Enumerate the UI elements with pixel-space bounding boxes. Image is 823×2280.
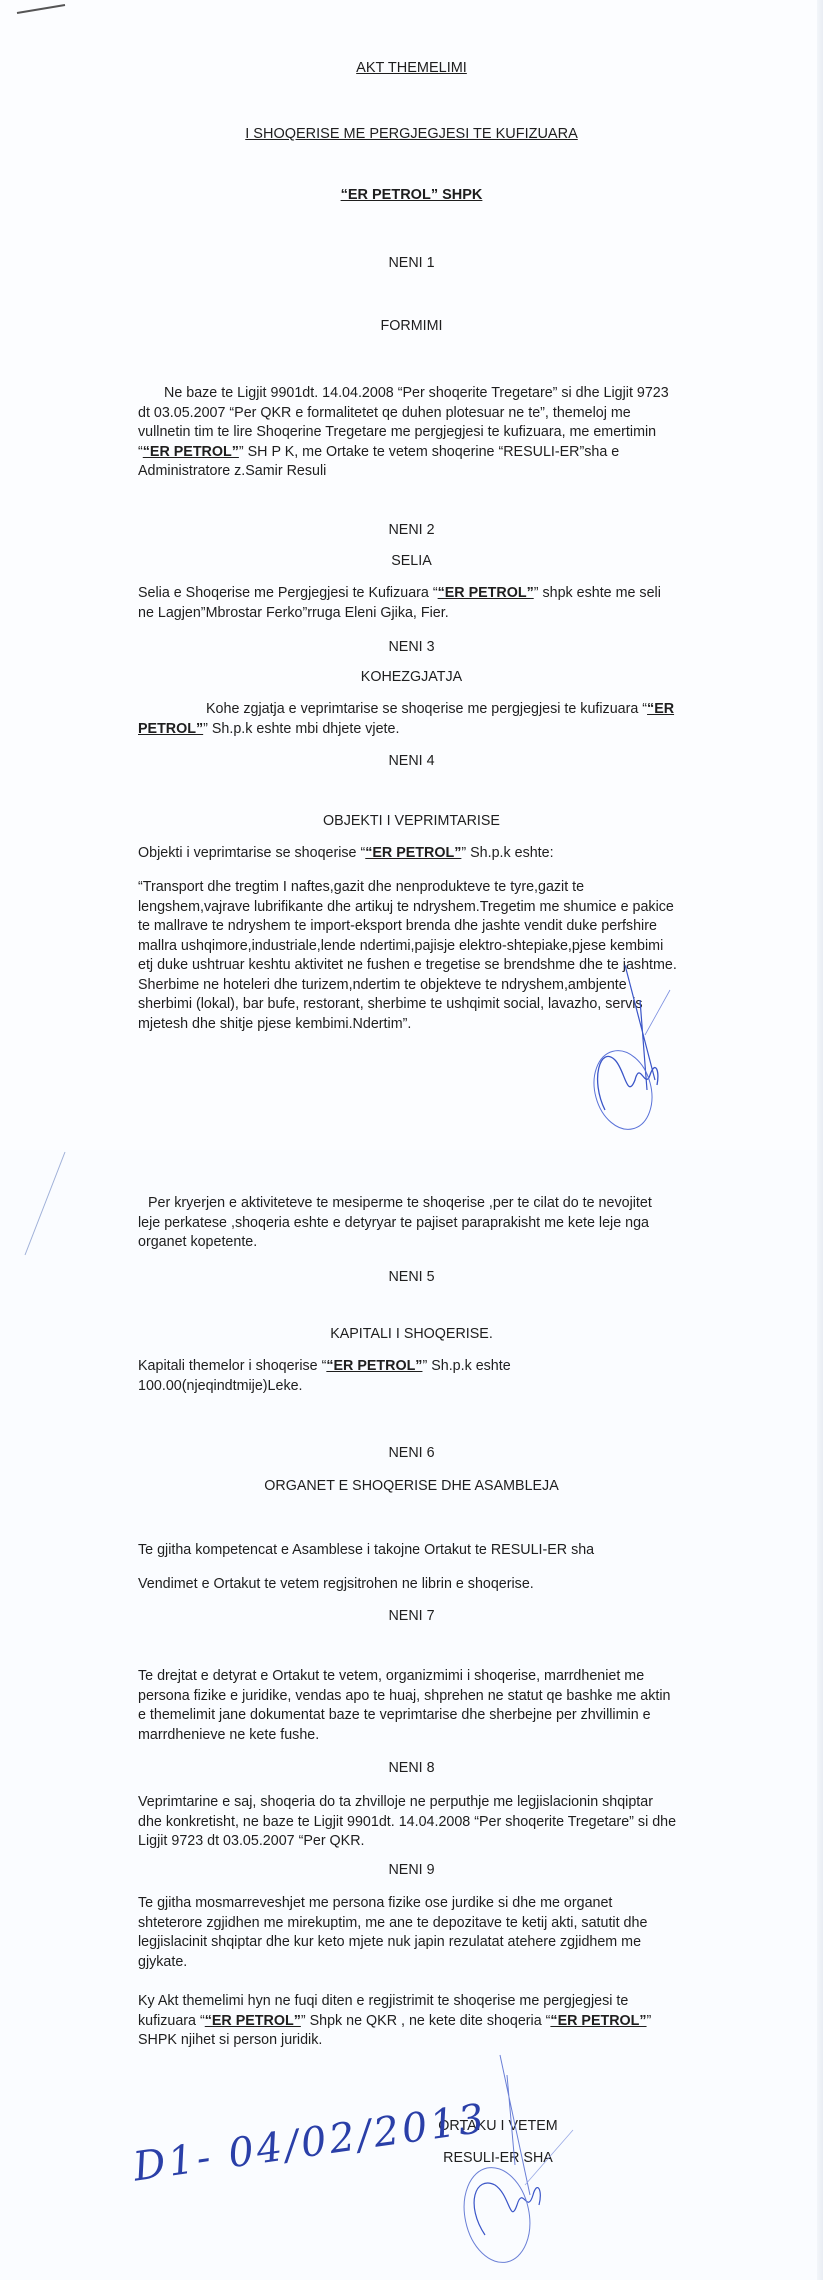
article-paragraph: Kohe zgjatja e veprimtarise se shoqerise… — [138, 700, 678, 739]
company-name: “ER PETROL” — [205, 2013, 301, 2029]
signature-icon — [585, 960, 675, 1135]
article-paragraph: Te gjitha kompetencat e Asamblese i tako… — [138, 1541, 678, 1561]
article-heading: FORMIMI — [0, 318, 823, 334]
company-name: “ER PETROL” — [365, 845, 461, 861]
article-paragraph: Per kryerjen e aktiviteteve te mesiperme… — [138, 1194, 678, 1253]
article-heading: KOHEZGJATJA — [0, 669, 823, 685]
article-paragraph: Te drejtat e detyrat e Ortakut te vetem,… — [138, 1667, 678, 1745]
document-title: AKT THEMELIMI — [0, 60, 823, 76]
company-name: “ER PETROL” — [143, 444, 239, 460]
company-name: “ER PETROL” — [326, 1358, 422, 1374]
article-paragraph: Te gjitha mosmarreveshjet me persona fiz… — [138, 1894, 678, 1972]
page-edge — [817, 1150, 823, 2280]
document-page-1: AKT THEMELIMI I SHOQERISE ME PERGJEGJESI… — [0, 0, 823, 1150]
handwritten-date: D1- 04/02/2013 — [131, 2095, 490, 2190]
signature-icon — [455, 2045, 575, 2275]
pen-mark-icon — [20, 1150, 70, 1260]
company-name: “ER PETROL” — [438, 585, 534, 601]
article-heading: KAPITALI I SHOQERISE. — [0, 1326, 823, 1342]
article-number: NENI 4 — [0, 753, 823, 769]
article-number: NENI 5 — [0, 1269, 823, 1285]
article-paragraph: Vendimet e Ortakut te vetem regjsitrohen… — [138, 1575, 678, 1595]
article-paragraph: Selia e Shoqerise me Pergjegjesi te Kufi… — [138, 584, 678, 623]
article-number: NENI 3 — [0, 639, 823, 655]
page-edge — [817, 0, 823, 1150]
article-paragraph: Ky Akt themelimi hyn ne fuqi diten e reg… — [138, 1992, 678, 2051]
document-page-2: Per kryerjen e aktiviteteve te mesiperme… — [0, 1150, 823, 2280]
company-name: “ER PETROL” — [550, 2013, 646, 2029]
article-paragraph: Veprimtarine e saj, shoqeria do ta zhvil… — [138, 1793, 678, 1852]
article-number: NENI 1 — [0, 255, 823, 271]
article-heading: OBJEKTI I VEPRIMTARISE — [0, 813, 823, 829]
article-number: NENI 9 — [0, 1862, 823, 1878]
article-number: NENI 2 — [0, 522, 823, 538]
pen-mark-icon — [15, 3, 70, 15]
document-subtitle: I SHOQERISE ME PERGJEGJESI TE KUFIZUARA — [0, 126, 823, 142]
article-heading: ORGANET E SHOQERISE DHE ASAMBLEJA — [0, 1478, 823, 1494]
article-number: NENI 6 — [0, 1445, 823, 1461]
article-paragraph: Objekti i veprimtarise se shoqerise ““ER… — [138, 844, 678, 864]
company-heading: “ER PETROL” SHPK — [0, 187, 823, 203]
article-paragraph: Kapitali themelor i shoqerise ““ER PETRO… — [138, 1357, 678, 1396]
article-heading: SELIA — [0, 553, 823, 569]
article-number: NENI 8 — [0, 1760, 823, 1776]
article-number: NENI 7 — [0, 1608, 823, 1624]
article-paragraph: Ne baze te Ligjit 9901dt. 14.04.2008 “Pe… — [138, 384, 678, 482]
